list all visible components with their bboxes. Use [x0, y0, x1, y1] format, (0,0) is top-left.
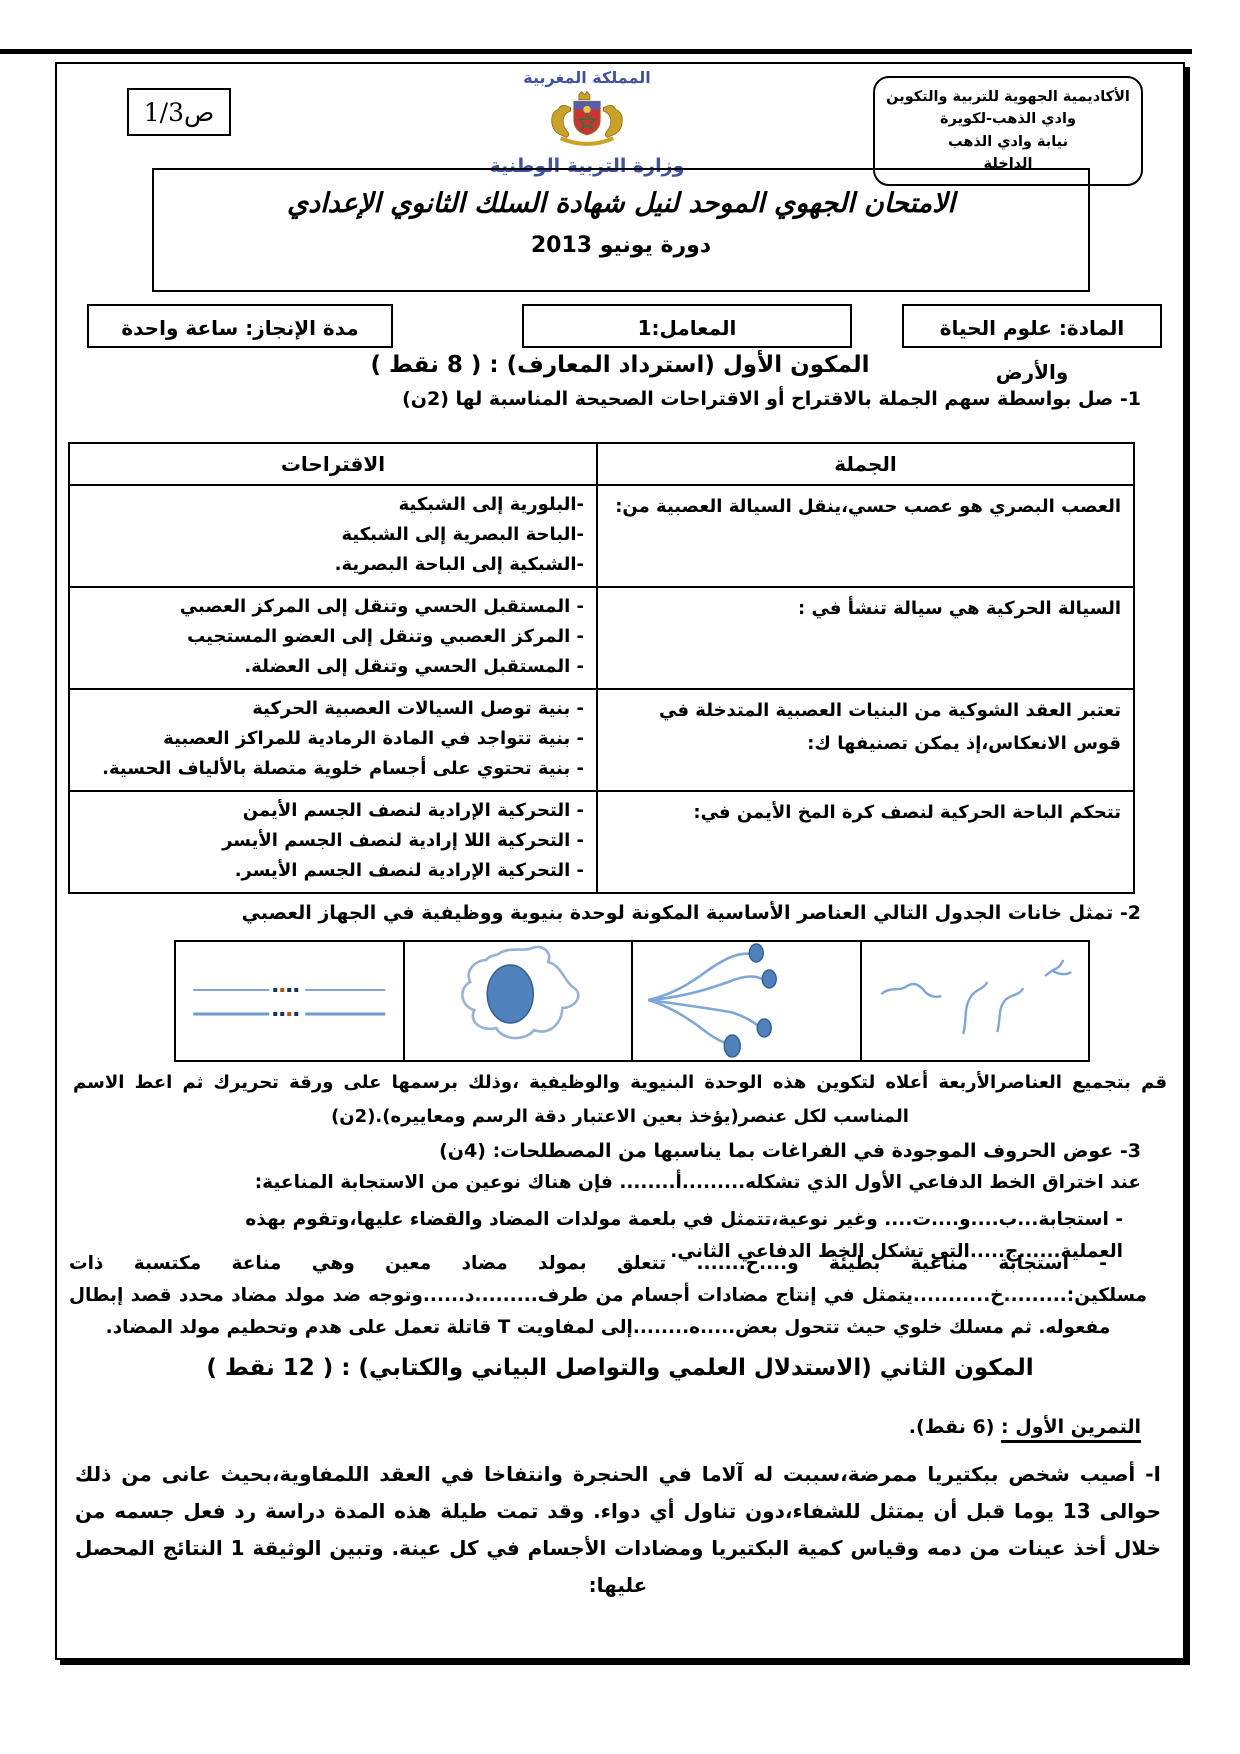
cell-body-drawing [405, 942, 632, 1060]
question2-instruction: قم بتجميع العناصرالأربعة أعلاه لتكوين هذ… [73, 1066, 1167, 1134]
subject-box: المادة: علوم الحياة والأرض [902, 304, 1162, 348]
proposal: - بنية تتواجد في المادة الرمادية للمراكز… [78, 724, 584, 754]
cell-body-cell [403, 940, 634, 1062]
nerve-fiber-cell [174, 940, 405, 1062]
axon-terminals-cell [631, 940, 862, 1062]
table-row: العصب البصري هو عصب حسي،ينقل السيالة الع… [69, 485, 1134, 587]
axon-terminals-drawing [633, 942, 860, 1060]
elements-table [174, 940, 1090, 1062]
component1-title: المكون الأول (استرداد المعارف) : ( 8 نقط… [57, 352, 1183, 378]
nerve-fiber-drawing [176, 942, 403, 1060]
header-sentence: الجملة [597, 443, 1134, 485]
exercise1-points: (6 نقط). [909, 1416, 995, 1438]
page-frame: ص1/3 المملكة المغربية وزارة التربية الوط… [55, 62, 1185, 1660]
coefficient-box: المعامل:1 [522, 304, 852, 348]
exercise1-label: التمرين الأول : [1001, 1416, 1141, 1443]
component2-title: المكون الثاني (الاستدلال العلمي والتواصل… [57, 1355, 1183, 1381]
proposals-cell: - بنية توصل السيالات العصبية الحركية - ب… [69, 689, 597, 791]
question3-bullet-2: - استجابة مناعية بطيئة و....ح....... تتع… [69, 1248, 1147, 1344]
proposal: -الباحة البصرية إلى الشبكية [78, 520, 584, 550]
duration-box: مدة الإنجاز: ساعة واحدة [87, 304, 393, 348]
sentence-cell: تتحكم الباحة الحركية لنصف كرة المخ الأيم… [597, 791, 1134, 893]
table-row: السيالة الحركية هي سيالة تنشأ في : - الم… [69, 587, 1134, 689]
table-row: تتحكم الباحة الحركية لنصف كرة المخ الأيم… [69, 791, 1134, 893]
question3-intro: عند اختراق الخط الدفاعي الأول الذي تشكله… [77, 1172, 1141, 1193]
exam-session: دورة يونيو 2013 [154, 233, 1088, 258]
proposal: - التحركية الإرادية لنصف الجسم الأيسر. [78, 856, 584, 886]
proposal: - المستقبل الحسي وتنقل إلى العضلة. [78, 652, 584, 682]
sentence-cell: العصب البصري هو عصب حسي،ينقل السيالة الع… [597, 485, 1134, 587]
academy-line: نيابة وادي الذهب [881, 131, 1135, 153]
matching-table: الجملة الاقتراحات العصب البصري هو عصب حس… [68, 442, 1135, 894]
header-proposals: الاقتراحات [69, 443, 597, 485]
proposal: -البلورية إلى الشبكية [78, 490, 584, 520]
exam-title-box: الامتحان الجهوي الموحد لنيل شهادة السلك … [152, 168, 1090, 292]
proposals-cell: - المستقبل الحسي وتنقل إلى المركز العصبي… [69, 587, 597, 689]
proposal: - بنية تحتوي على أجسام خلوية متصلة بالأل… [78, 754, 584, 784]
dendrites-drawing [862, 942, 1089, 1060]
exercise1-heading: التمرين الأول : (6 نقط). [909, 1416, 1141, 1438]
proposals-cell: - التحركية الإرادية لنصف الجسم الأيمن - … [69, 791, 597, 893]
exam-page: ص1/3 المملكة المغربية وزارة التربية الوط… [0, 0, 1240, 1754]
coat-of-arms-icon [512, 89, 662, 153]
proposal: - التحركية اللا إرادية لنصف الجسم الأيسر [78, 826, 584, 856]
page-number-box: ص1/3 [127, 88, 231, 136]
proposals-cell: -البلورية إلى الشبكية -الباحة البصرية إل… [69, 485, 597, 587]
sentence-cell: السيالة الحركية هي سيالة تنشأ في : [597, 587, 1134, 689]
academy-line: وادي الذهب-لكويرة [881, 108, 1135, 130]
question2-text: 2- تمثل خانات الجدول التالي العناصر الأس… [87, 902, 1141, 924]
top-rule [0, 49, 1192, 54]
question1-text: 1- صل بواسطة سهم الجملة بالاقتراح أو الا… [97, 388, 1141, 410]
kingdom-title: المملكة المغربية [417, 68, 757, 87]
dendrites-cell [860, 940, 1091, 1062]
page-number: ص1/3 [144, 98, 214, 127]
ministry-logo-block: المملكة المغربية وزارة التربية الوطنية [417, 68, 757, 177]
sentence-cell: تعتبر العقد الشوكية من البنيات العصبية ا… [597, 689, 1134, 791]
matching-table-header-row: الجملة الاقتراحات [69, 443, 1134, 485]
proposal: - المستقبل الحسي وتنقل إلى المركز العصبي [78, 592, 584, 622]
exam-title: الامتحان الجهوي الموحد لنيل شهادة السلك … [154, 188, 1088, 219]
table-row: تعتبر العقد الشوكية من البنيات العصبية ا… [69, 689, 1134, 791]
proposal: - المركز العصبي وتنقل إلى العضو المستجيب [78, 622, 584, 652]
proposal: - بنية توصل السيالات العصبية الحركية [78, 694, 584, 724]
proposal: - التحركية الإرادية لنصف الجسم الأيمن [78, 796, 584, 826]
question3-text: 3- عوض الحروف الموجودة في الفراغات بما ي… [87, 1140, 1141, 1162]
proposal: -الشبكية إلى الباحة البصرية. [78, 550, 584, 580]
exercise1-paragraph: I- أصيب شخص ببكتيريا ممرضة،سببت له آلاما… [75, 1456, 1161, 1604]
academy-line: الأكاديمية الجهوية للتربية والتكوين [881, 86, 1135, 108]
